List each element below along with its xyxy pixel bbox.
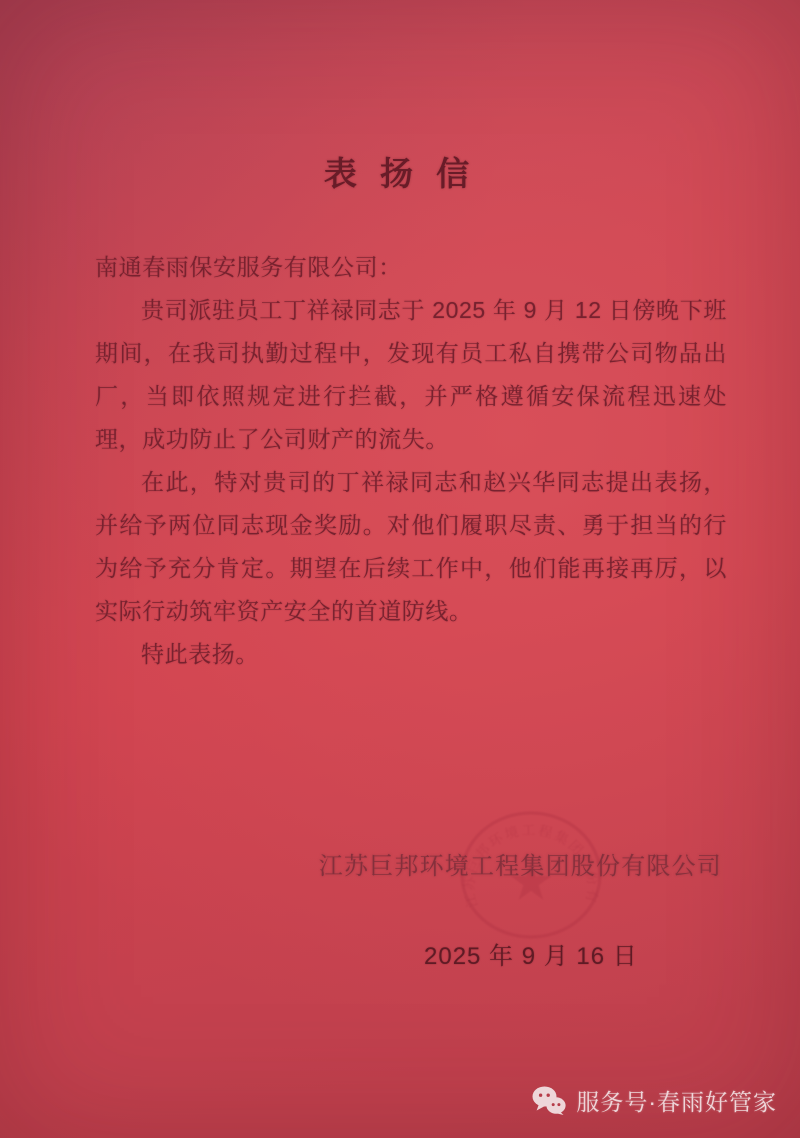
- wechat-icon: [532, 1086, 566, 1115]
- paragraph-3: 特此表扬。: [95, 633, 727, 676]
- letter-page: 表 扬 信 南通春雨保安服务有限公司： 贵司派驻员工丁祥禄同志于 2025 年 …: [0, 0, 800, 1138]
- letter-date: 2025 年 9 月 16 日: [424, 936, 638, 971]
- letter-body: 南通春雨保安服务有限公司： 贵司派驻员工丁祥禄同志于 2025 年 9 月 12…: [95, 246, 727, 676]
- watermark-footer: 服务号·春雨好管家: [532, 1084, 777, 1117]
- paragraph-2: 在此，特对贵司的丁祥禄同志和赵兴华同志提出表扬，并给予两位同志现金奖励。对他们履…: [95, 461, 727, 633]
- paragraph-1: 贵司派驻员工丁祥禄同志于 2025 年 9 月 12 日傍晚下班期间，在我司执勤…: [95, 289, 727, 461]
- letter-title: 表 扬 信: [0, 148, 800, 195]
- signature-company: 江苏巨邦环境工程集团股份有限公司: [0, 846, 800, 881]
- salutation: 南通春雨保安服务有限公司：: [95, 246, 727, 289]
- watermark-label: 服务号·春雨好管家: [576, 1084, 777, 1117]
